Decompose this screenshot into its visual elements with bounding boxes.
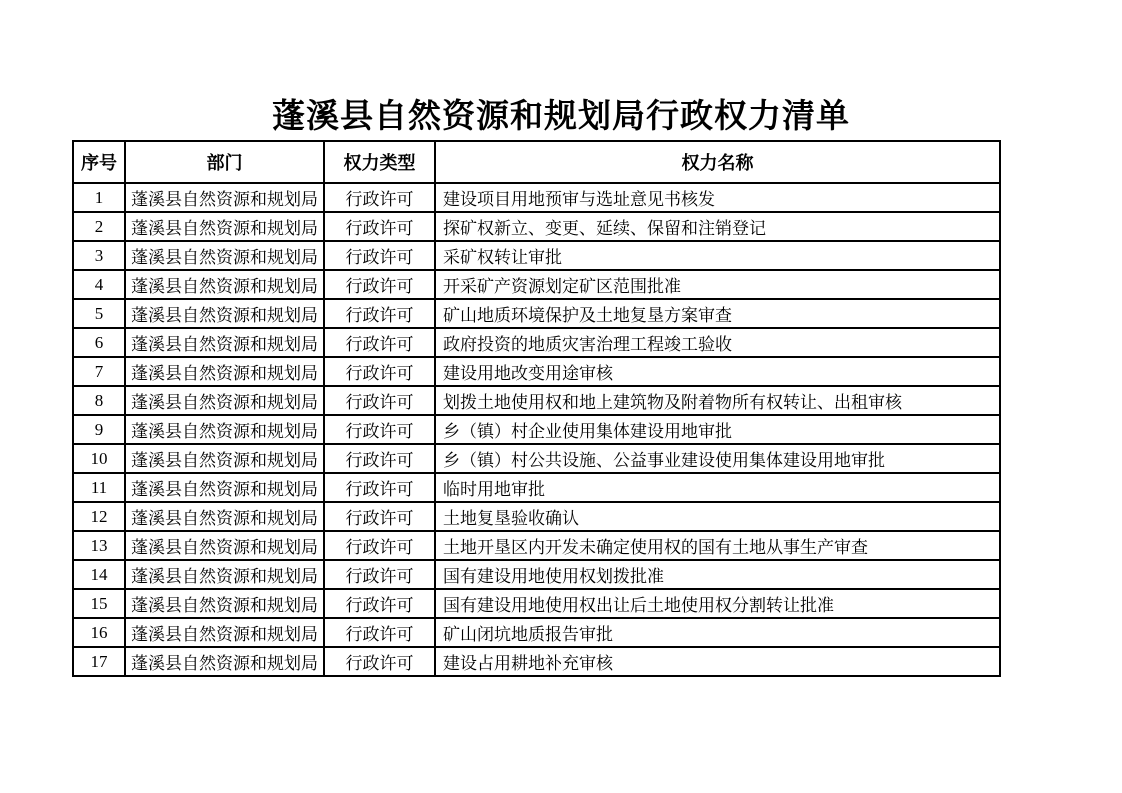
power-type-cell: 行政许可: [324, 415, 435, 444]
table-row: 3蓬溪县自然资源和规划局行政许可采矿权转让审批: [73, 241, 1000, 270]
row-number-cell: 8: [73, 386, 125, 415]
table-row: 9蓬溪县自然资源和规划局行政许可乡（镇）村企业使用集体建设用地审批: [73, 415, 1000, 444]
department-cell: 蓬溪县自然资源和规划局: [125, 212, 324, 241]
department-cell: 蓬溪县自然资源和规划局: [125, 415, 324, 444]
power-name-cell: 矿山地质环境保护及土地复垦方案审查: [435, 299, 1000, 328]
header-department: 部门: [125, 141, 324, 183]
department-cell: 蓬溪县自然资源和规划局: [125, 473, 324, 502]
department-cell: 蓬溪县自然资源和规划局: [125, 328, 324, 357]
power-type-cell: 行政许可: [324, 444, 435, 473]
power-type-cell: 行政许可: [324, 618, 435, 647]
power-type-cell: 行政许可: [324, 183, 435, 212]
department-cell: 蓬溪县自然资源和规划局: [125, 589, 324, 618]
power-name-cell: 建设占用耕地补充审核: [435, 647, 1000, 676]
power-type-cell: 行政许可: [324, 270, 435, 299]
power-type-cell: 行政许可: [324, 589, 435, 618]
row-number-cell: 12: [73, 502, 125, 531]
power-type-cell: 行政许可: [324, 299, 435, 328]
department-cell: 蓬溪县自然资源和规划局: [125, 618, 324, 647]
page-title: 蓬溪县自然资源和规划局行政权力清单: [0, 90, 1122, 137]
table-row: 17蓬溪县自然资源和规划局行政许可建设占用耕地补充审核: [73, 647, 1000, 676]
table-row: 15蓬溪县自然资源和规划局行政许可国有建设用地使用权出让后土地使用权分割转让批准: [73, 589, 1000, 618]
power-name-cell: 乡（镇）村企业使用集体建设用地审批: [435, 415, 1000, 444]
department-cell: 蓬溪县自然资源和规划局: [125, 647, 324, 676]
department-cell: 蓬溪县自然资源和规划局: [125, 357, 324, 386]
table-row: 2蓬溪县自然资源和规划局行政许可探矿权新立、变更、延续、保留和注销登记: [73, 212, 1000, 241]
power-name-cell: 土地开垦区内开发未确定使用权的国有土地从事生产审查: [435, 531, 1000, 560]
department-cell: 蓬溪县自然资源和规划局: [125, 386, 324, 415]
row-number-cell: 3: [73, 241, 125, 270]
row-number-cell: 13: [73, 531, 125, 560]
power-name-cell: 国有建设用地使用权划拨批准: [435, 560, 1000, 589]
power-type-cell: 行政许可: [324, 531, 435, 560]
power-type-cell: 行政许可: [324, 241, 435, 270]
row-number-cell: 4: [73, 270, 125, 299]
power-type-cell: 行政许可: [324, 560, 435, 589]
row-number-cell: 9: [73, 415, 125, 444]
power-list-table: 序号 部门 权力类型 权力名称 1蓬溪县自然资源和规划局行政许可建设项目用地预审…: [72, 140, 1001, 677]
row-number-cell: 17: [73, 647, 125, 676]
power-type-cell: 行政许可: [324, 647, 435, 676]
power-name-cell: 国有建设用地使用权出让后土地使用权分割转让批准: [435, 589, 1000, 618]
department-cell: 蓬溪县自然资源和规划局: [125, 299, 324, 328]
row-number-cell: 10: [73, 444, 125, 473]
row-number-cell: 11: [73, 473, 125, 502]
power-name-cell: 矿山闭坑地质报告审批: [435, 618, 1000, 647]
power-type-cell: 行政许可: [324, 386, 435, 415]
table-row: 8蓬溪县自然资源和规划局行政许可划拨土地使用权和地上建筑物及附着物所有权转让、出…: [73, 386, 1000, 415]
department-cell: 蓬溪县自然资源和规划局: [125, 560, 324, 589]
power-name-cell: 乡（镇）村公共设施、公益事业建设使用集体建设用地审批: [435, 444, 1000, 473]
row-number-cell: 15: [73, 589, 125, 618]
row-number-cell: 5: [73, 299, 125, 328]
header-serial-number: 序号: [73, 141, 125, 183]
table-row: 5蓬溪县自然资源和规划局行政许可矿山地质环境保护及土地复垦方案审查: [73, 299, 1000, 328]
document-page: 蓬溪县自然资源和规划局行政权力清单 序号 部门 权力类型 权力名称 1蓬溪县自然…: [0, 0, 1122, 793]
department-cell: 蓬溪县自然资源和规划局: [125, 183, 324, 212]
table-body: 1蓬溪县自然资源和规划局行政许可建设项目用地预审与选址意见书核发2蓬溪县自然资源…: [73, 183, 1000, 676]
table-row: 13蓬溪县自然资源和规划局行政许可土地开垦区内开发未确定使用权的国有土地从事生产…: [73, 531, 1000, 560]
power-name-cell: 开采矿产资源划定矿区范围批准: [435, 270, 1000, 299]
table-row: 4蓬溪县自然资源和规划局行政许可开采矿产资源划定矿区范围批准: [73, 270, 1000, 299]
row-number-cell: 6: [73, 328, 125, 357]
row-number-cell: 16: [73, 618, 125, 647]
power-type-cell: 行政许可: [324, 328, 435, 357]
power-type-cell: 行政许可: [324, 357, 435, 386]
row-number-cell: 2: [73, 212, 125, 241]
department-cell: 蓬溪县自然资源和规划局: [125, 241, 324, 270]
power-name-cell: 土地复垦验收确认: [435, 502, 1000, 531]
power-type-cell: 行政许可: [324, 212, 435, 241]
row-number-cell: 7: [73, 357, 125, 386]
power-type-cell: 行政许可: [324, 502, 435, 531]
table-row: 14蓬溪县自然资源和规划局行政许可国有建设用地使用权划拨批准: [73, 560, 1000, 589]
table-row: 11蓬溪县自然资源和规划局行政许可临时用地审批: [73, 473, 1000, 502]
power-name-cell: 临时用地审批: [435, 473, 1000, 502]
table-row: 6蓬溪县自然资源和规划局行政许可政府投资的地质灾害治理工程竣工验收: [73, 328, 1000, 357]
table-row: 7蓬溪县自然资源和规划局行政许可建设用地改变用途审核: [73, 357, 1000, 386]
header-power-type: 权力类型: [324, 141, 435, 183]
power-name-cell: 建设项目用地预审与选址意见书核发: [435, 183, 1000, 212]
department-cell: 蓬溪县自然资源和规划局: [125, 531, 324, 560]
header-power-name: 权力名称: [435, 141, 1000, 183]
table-row: 10蓬溪县自然资源和规划局行政许可乡（镇）村公共设施、公益事业建设使用集体建设用…: [73, 444, 1000, 473]
power-name-cell: 采矿权转让审批: [435, 241, 1000, 270]
department-cell: 蓬溪县自然资源和规划局: [125, 444, 324, 473]
header-row: 序号 部门 权力类型 权力名称: [73, 141, 1000, 183]
department-cell: 蓬溪县自然资源和规划局: [125, 502, 324, 531]
power-name-cell: 建设用地改变用途审核: [435, 357, 1000, 386]
power-name-cell: 政府投资的地质灾害治理工程竣工验收: [435, 328, 1000, 357]
row-number-cell: 14: [73, 560, 125, 589]
table-row: 12蓬溪县自然资源和规划局行政许可土地复垦验收确认: [73, 502, 1000, 531]
row-number-cell: 1: [73, 183, 125, 212]
department-cell: 蓬溪县自然资源和规划局: [125, 270, 324, 299]
power-name-cell: 划拨土地使用权和地上建筑物及附着物所有权转让、出租审核: [435, 386, 1000, 415]
power-name-cell: 探矿权新立、变更、延续、保留和注销登记: [435, 212, 1000, 241]
power-type-cell: 行政许可: [324, 473, 435, 502]
table-row: 1蓬溪县自然资源和规划局行政许可建设项目用地预审与选址意见书核发: [73, 183, 1000, 212]
table-row: 16蓬溪县自然资源和规划局行政许可矿山闭坑地质报告审批: [73, 618, 1000, 647]
